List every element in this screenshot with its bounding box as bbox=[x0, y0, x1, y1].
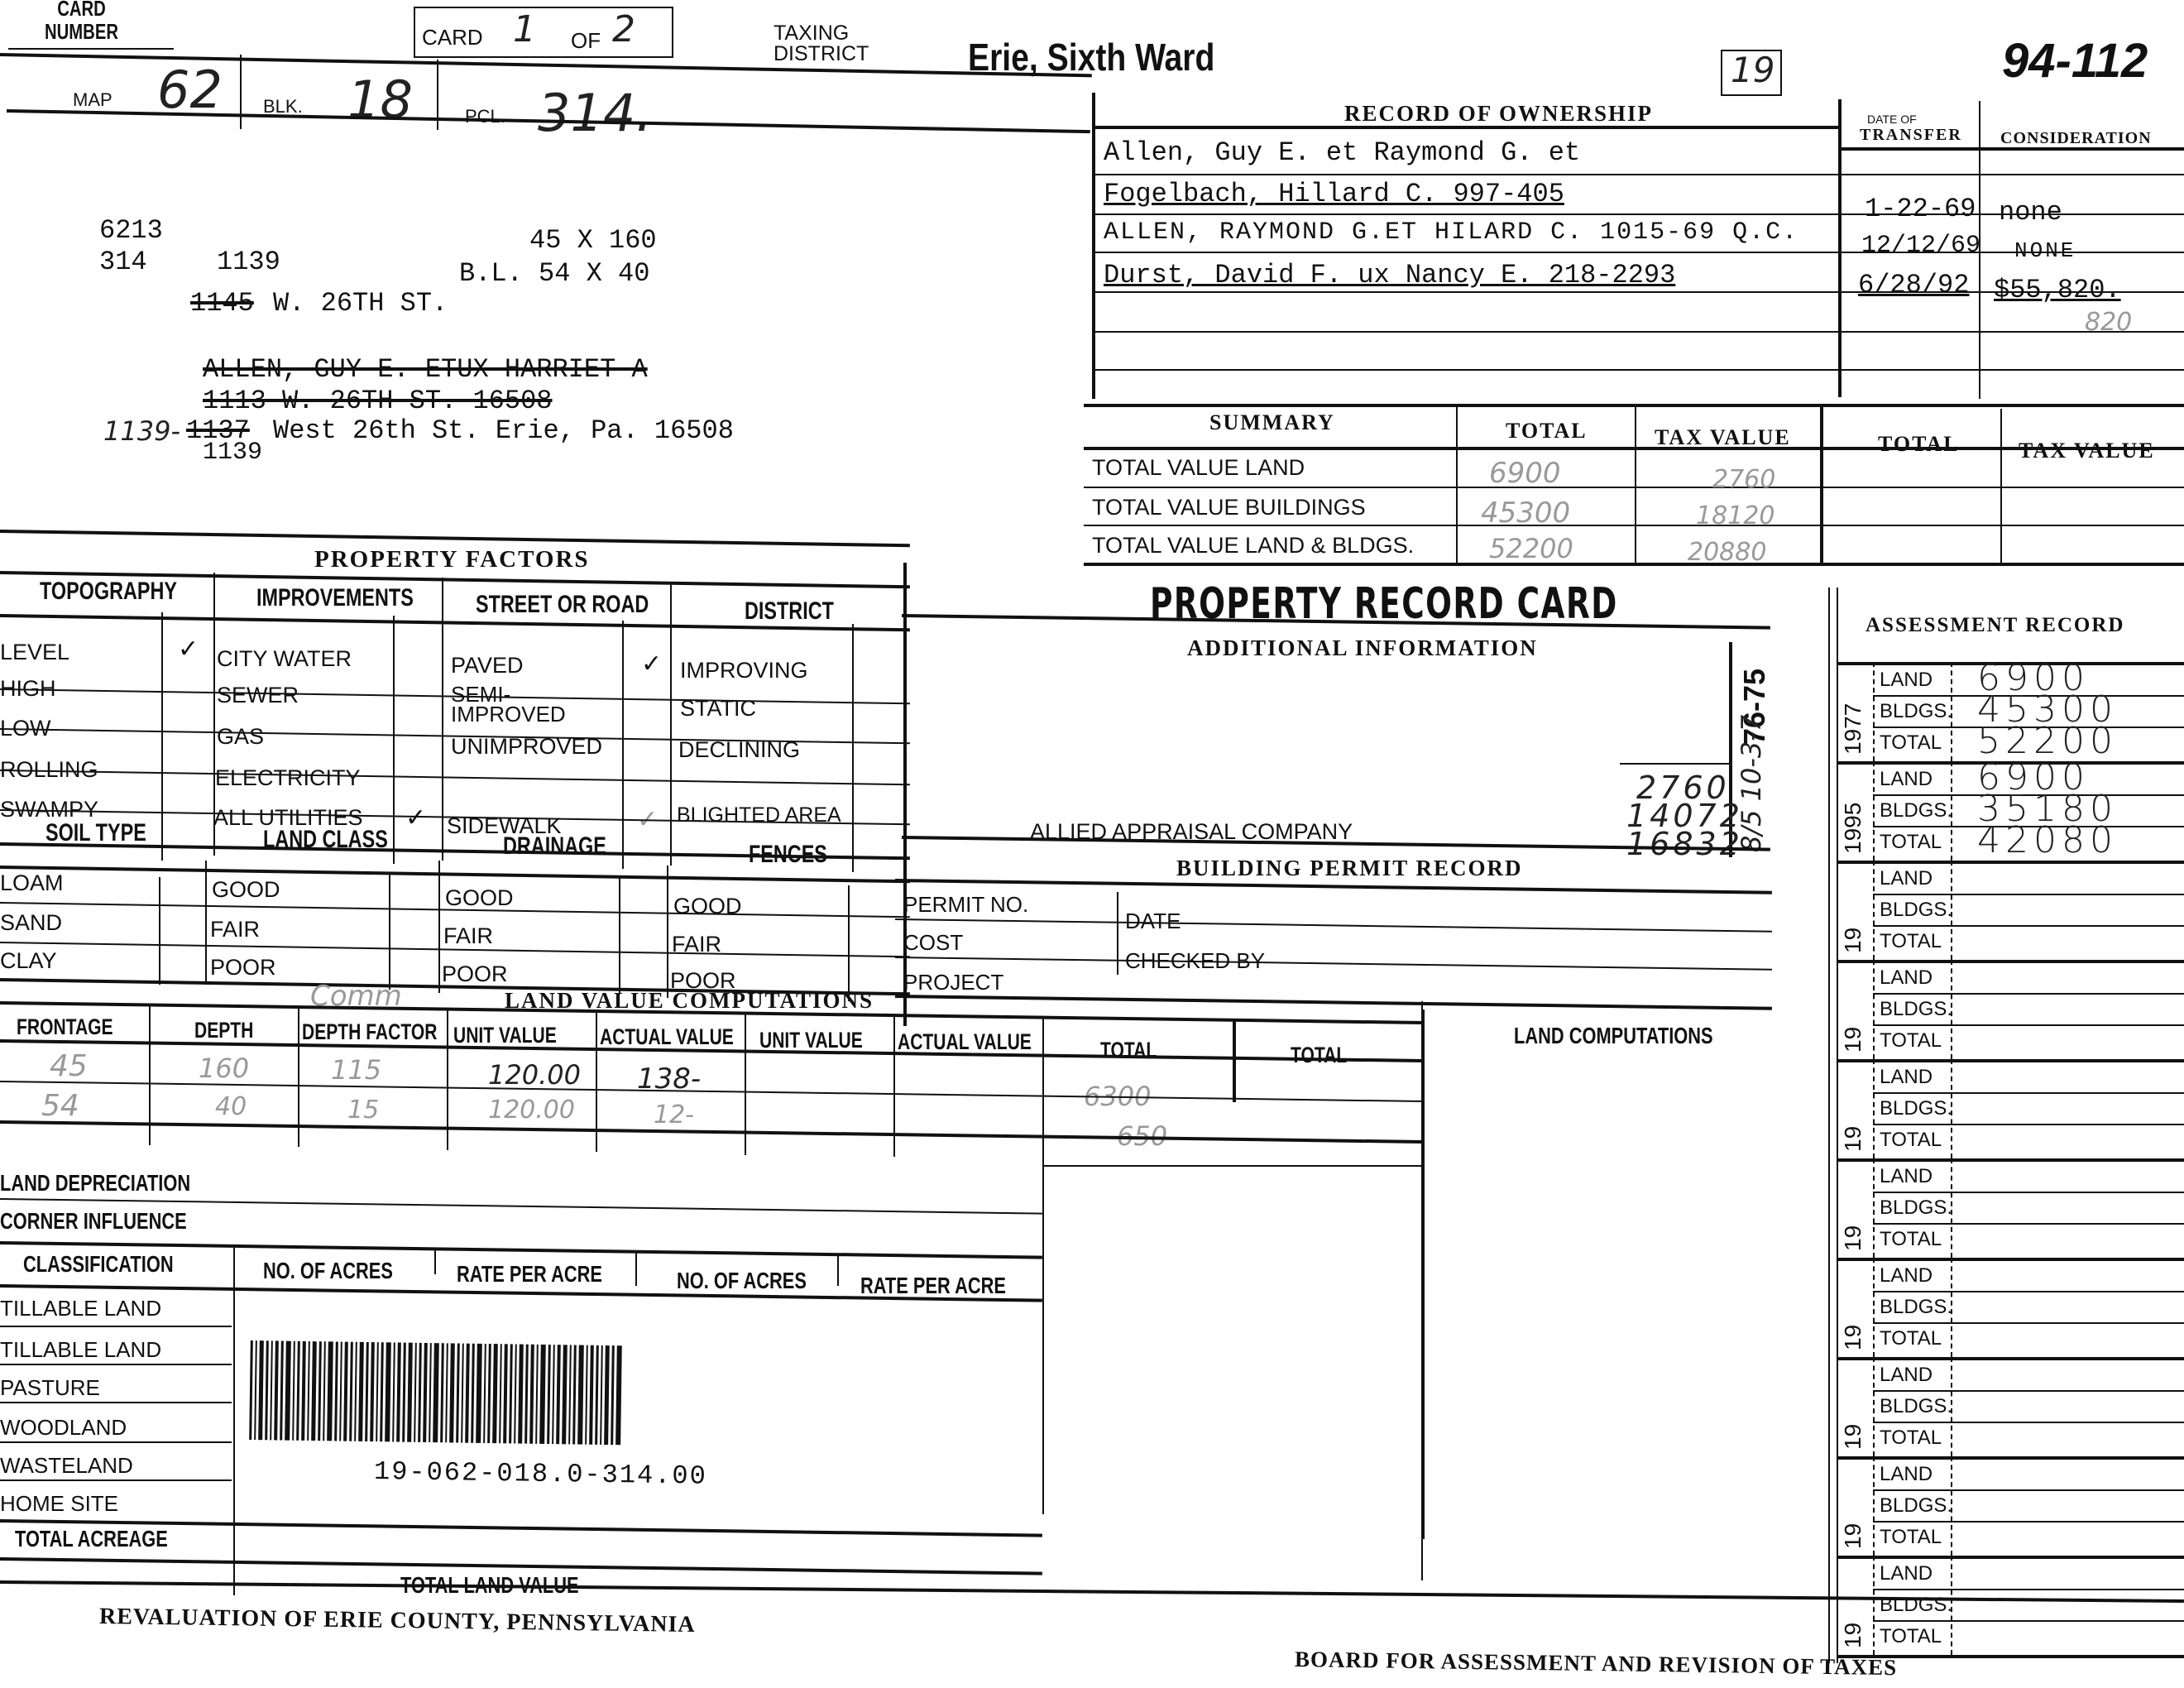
assessment-block: 19LANDBLDGS.TOTAL bbox=[1837, 960, 2184, 1062]
assessment-year: 19 bbox=[1840, 1523, 1866, 1549]
lv-row2-actual-value: 12- bbox=[654, 1101, 694, 1129]
transfer-date-row-2: 1-22-69 bbox=[1865, 194, 1976, 224]
of-label: OF bbox=[571, 28, 601, 54]
assessment-year: 19 bbox=[1840, 1027, 1866, 1053]
all-utilities-check-icon[interactable]: ✓ bbox=[405, 803, 426, 832]
assessment-bldgs-label: BLDGS. bbox=[1880, 899, 1952, 922]
assessment-block: 19LANDBLDGS.TOTAL bbox=[1837, 1059, 2184, 1162]
rate-per-acre-2-header: RATE PER ACRE bbox=[860, 1273, 1006, 1299]
paved-check-icon[interactable]: ✓ bbox=[641, 650, 662, 679]
file-number: 94-112 bbox=[2002, 33, 2148, 89]
improvements-sewer: SEWER bbox=[217, 683, 299, 708]
assessment-total-label: TOTAL bbox=[1880, 731, 1942, 755]
blk-value: 18 bbox=[347, 70, 413, 130]
assessment-bldgs-label: BLDGS. bbox=[1880, 1395, 1952, 1418]
summary-buildings-tax: 18120 bbox=[1696, 501, 1774, 530]
of-value: 2 bbox=[612, 8, 635, 50]
lv-row2-frontage: 54 bbox=[41, 1089, 79, 1123]
topo-level-check-icon[interactable]: ✓ bbox=[178, 635, 199, 664]
lv-row2-unit-value: 120.00 bbox=[488, 1096, 575, 1125]
assessment-block: 19LANDBLDGS.TOTAL bbox=[1837, 1357, 2184, 1460]
acreage-woodland: WOODLAND bbox=[0, 1415, 127, 1441]
map-value: 62 bbox=[157, 60, 223, 120]
soil-clay: CLAY bbox=[0, 948, 57, 974]
consideration-row-4: $55,820. bbox=[1994, 275, 2121, 305]
lv-row1-depth-factor: 115 bbox=[331, 1054, 381, 1086]
assessment-land-label: LAND bbox=[1880, 1364, 1933, 1387]
parcel-line2-left: 314 bbox=[99, 247, 147, 277]
rate-per-acre-header: RATE PER ACRE bbox=[457, 1261, 602, 1288]
acreage-table: CLASSIFICATION NO. OF ACRES RATE PER ACR… bbox=[0, 1241, 1042, 1605]
assessment-land-label: LAND bbox=[1880, 1264, 1933, 1288]
assessment-bldgs-label: BLDGS. bbox=[1880, 700, 1952, 723]
assessment-block: 19LANDBLDGS.TOTAL bbox=[1837, 1456, 2184, 1559]
property-factors: PROPERTY FACTORS TOPOGRAPHY IMPROVEMENTS… bbox=[0, 530, 910, 993]
lv-row2-depth: 40 bbox=[215, 1092, 247, 1121]
fences-good: GOOD bbox=[673, 894, 742, 919]
assessment-bldgs-label: BLDGS. bbox=[1880, 1296, 1952, 1319]
frontage-header: FRONTAGE bbox=[17, 1014, 113, 1040]
district-header: DISTRICT bbox=[745, 597, 834, 626]
assessment-year: 19 bbox=[1840, 1126, 1866, 1152]
actual-value-header: ACTUAL VALUE bbox=[600, 1024, 734, 1050]
permit-cost-label: COST bbox=[903, 930, 963, 956]
footer-revaluation: REVALUATION OF ERIE COUNTY, PENNSYLVANIA bbox=[99, 1604, 696, 1638]
soil-type-header: SOIL TYPE bbox=[45, 819, 146, 847]
pcl-label: PCL. bbox=[465, 106, 505, 127]
assessment-land-label: LAND bbox=[1880, 1165, 1933, 1188]
assessment-block: 1977LAND6900BLDGS.45300TOTAL52200 bbox=[1837, 662, 2184, 765]
depth-header: DEPTH bbox=[194, 1018, 253, 1043]
transfer-date-row-4: 6/28/92 bbox=[1858, 270, 1969, 300]
improvements-gas: GAS bbox=[217, 724, 264, 750]
summary-row-land-bldgs: TOTAL VALUE LAND & BLDGS. bbox=[1092, 533, 1414, 559]
drainage-good: GOOD bbox=[445, 885, 514, 911]
drainage-header: DRAINAGE bbox=[503, 832, 606, 861]
parcel-line1-left: 6213 bbox=[99, 215, 163, 246]
assessment-land-label: LAND bbox=[1880, 669, 1933, 692]
owner-row-1: Allen, Guy E. et Raymond G. et bbox=[1104, 137, 1580, 168]
current-address: West 26th St. Erie, Pa. 16508 bbox=[273, 415, 734, 446]
consideration-row-2: none bbox=[1999, 197, 2062, 228]
building-permit-title: BUILDING PERMIT RECORD bbox=[1176, 856, 1523, 881]
soil-loam: LOAM bbox=[0, 870, 64, 896]
old-owner: ALLEN, GUY E. ETUX HARRIET A bbox=[203, 354, 648, 385]
assessment-total-label: TOTAL bbox=[1880, 1029, 1942, 1053]
assessment-year: 19 bbox=[1840, 1325, 1866, 1350]
current-address-sub: 1139 bbox=[203, 439, 262, 467]
transfer-header: TRANSFER bbox=[1860, 126, 1962, 145]
summary-row-land: TOTAL VALUE LAND bbox=[1092, 455, 1305, 481]
district-improving: IMPROVING bbox=[680, 658, 808, 683]
summary-total-header: TOTAL bbox=[1506, 419, 1588, 444]
improvements-city-water: CITY WATER bbox=[217, 646, 352, 672]
fences-header: FENCES bbox=[749, 841, 827, 869]
assessment-block: 19LANDBLDGS.TOTAL bbox=[1837, 1556, 2184, 1658]
depth-factor-header: DEPTH FACTOR bbox=[302, 1019, 437, 1045]
land-class-header: LAND CLASS bbox=[263, 826, 388, 854]
taxing-district-label: TAXING DISTRICT bbox=[773, 23, 873, 65]
additional-info-title: ADDITIONAL INFORMATION bbox=[1187, 635, 1538, 661]
assessment-total-label: TOTAL bbox=[1880, 930, 1942, 953]
map-label: MAP bbox=[73, 89, 113, 111]
property-factors-title: PROPERTY FACTORS bbox=[314, 546, 590, 573]
acreage-tillable-2: TILLABLE LAND bbox=[0, 1337, 161, 1363]
land-class-good: GOOD bbox=[212, 877, 280, 903]
lv-row1-unit-value: 120.00 bbox=[488, 1059, 581, 1091]
total-acreage-label: TOTAL ACREAGE bbox=[15, 1526, 168, 1552]
assessment-year: 1995 bbox=[1840, 803, 1866, 854]
current-address-hand-prefix: 1139- bbox=[103, 415, 180, 447]
summary-title: SUMMARY bbox=[1209, 410, 1335, 435]
assessment-land-label: LAND bbox=[1880, 768, 1933, 791]
parcel-barcode bbox=[249, 1340, 625, 1445]
assessment-total-label: TOTAL bbox=[1880, 1228, 1942, 1251]
summary-buildings-total: 45300 bbox=[1481, 496, 1570, 530]
acreage-home-site: HOME SITE bbox=[0, 1491, 118, 1517]
district-number: 19 bbox=[1731, 50, 1774, 90]
summary-table: SUMMARY TOTAL TAX VALUE TOTAL TAX VALUE … bbox=[1084, 397, 2184, 571]
summary-land-tax: 2760 bbox=[1712, 465, 1775, 494]
date-of-label: DATE OF bbox=[1867, 113, 1917, 126]
assessment-block: 19LANDBLDGS.TOTAL bbox=[1837, 861, 2184, 963]
assessment-block: 19LANDBLDGS.TOTAL bbox=[1837, 1158, 2184, 1261]
acreage-wasteland: WASTELAND bbox=[0, 1453, 133, 1479]
parcel-info: 6213 314 1139 45 X 160 B.L. 54 X 40 1145… bbox=[0, 199, 827, 472]
summary-land-bldgs-total: 52200 bbox=[1489, 533, 1573, 564]
lv-row1-frontage: 45 bbox=[50, 1049, 88, 1083]
assessment-year: 19 bbox=[1840, 1225, 1866, 1251]
land-class-fair: FAIR bbox=[210, 917, 260, 942]
card-number-label: CARD NUMBER bbox=[33, 0, 130, 43]
total-2-header: TOTAL bbox=[1291, 1043, 1347, 1068]
land-value-computations: Comm LAND VALUE COMPUTATIONS FRONTAGE DE… bbox=[0, 976, 1423, 1241]
assessment-bldgs-label: BLDGS. bbox=[1880, 1097, 1952, 1120]
card-value: 1 bbox=[513, 8, 536, 50]
assessment-bldgs-label: BLDGS. bbox=[1880, 799, 1952, 822]
assessment-bldgs-label: BLDGS. bbox=[1880, 998, 1952, 1021]
summary-land-total: 6900 bbox=[1489, 457, 1561, 490]
barcode-number: 19-062-018.0-314.00 bbox=[374, 1456, 707, 1492]
lv-row1-depth: 160 bbox=[199, 1053, 249, 1084]
assessment-year: 19 bbox=[1840, 1623, 1866, 1648]
street-header: STREET OR ROAD bbox=[476, 591, 649, 619]
no-of-acres-header: NO. OF ACRES bbox=[263, 1258, 393, 1284]
land-computations-area bbox=[1421, 1001, 1770, 1580]
owner-row-3: ALLEN, RAYMOND G.ET HILARD C. 1015-69 Q.… bbox=[1104, 218, 1798, 247]
improvements-electricity: ELECTRICITY bbox=[215, 765, 361, 791]
assessment-total-label: TOTAL bbox=[1880, 1327, 1942, 1350]
ownership-title: RECORD OF OWNERSHIP bbox=[1344, 101, 1653, 127]
owner-row-2: Fogelbach, Hillard C. 997-405 bbox=[1104, 179, 1564, 209]
assessment-total-label: TOTAL bbox=[1880, 1129, 1942, 1152]
consideration-header: CONSIDERATION bbox=[2000, 129, 2152, 148]
assessment-total-label: TOTAL bbox=[1880, 1526, 1942, 1549]
assessment-total-label: TOTAL bbox=[1880, 831, 1942, 854]
assessment-bldgs-label: BLDGS. bbox=[1880, 1196, 1952, 1220]
old-address-number: 1145 bbox=[190, 288, 254, 319]
acreage-pasture: PASTURE bbox=[0, 1375, 100, 1401]
assessment-land-label: LAND bbox=[1880, 867, 1933, 890]
corner-influence-label: CORNER INFLUENCE bbox=[0, 1208, 187, 1235]
total-header: TOTAL bbox=[1100, 1038, 1157, 1063]
consideration-row-3: NONE bbox=[2014, 238, 2076, 263]
topo-level: LEVEL bbox=[0, 640, 69, 665]
ownership-table: RECORD OF OWNERSHIP DATE OF TRANSFER CON… bbox=[1092, 93, 2184, 399]
assessment-record-title: ASSESSMENT RECORD bbox=[1865, 614, 2124, 637]
topography-header: TOPOGRAPHY bbox=[40, 578, 177, 606]
assessment-total-label: TOTAL bbox=[1880, 1625, 1942, 1648]
street-semi-improved: SEMI-IMPROVED bbox=[451, 684, 616, 724]
assessment-year: 19 bbox=[1840, 1424, 1866, 1450]
assessment-year: 19 bbox=[1840, 928, 1866, 953]
assessment-land-label: LAND bbox=[1880, 1463, 1933, 1486]
owner-row-4: Durst, David F. ux Nancy E. 218-2293 bbox=[1104, 260, 1675, 290]
actual-value-2-header: ACTUAL VALUE bbox=[898, 1029, 1032, 1055]
street-paved: PAVED bbox=[451, 653, 524, 679]
acreage-tillable-1: TILLABLE LAND bbox=[0, 1296, 161, 1321]
lot-dimensions: 45 X 160 bbox=[529, 225, 657, 256]
classification-header: CLASSIFICATION bbox=[23, 1251, 174, 1278]
card-label: CARD bbox=[422, 25, 483, 50]
assessment-land-label: LAND bbox=[1880, 1562, 1933, 1585]
assessment-total-value: 42080 bbox=[1977, 819, 2118, 861]
assessment-record: ASSESSMENT RECORD 1977LAND6900BLDGS.4530… bbox=[1770, 579, 2184, 1671]
old-address-street: W. 26TH ST. bbox=[273, 288, 448, 319]
consideration-row-5: 820 bbox=[2085, 308, 2132, 337]
assessment-block: 19LANDBLDGS.TOTAL bbox=[1837, 1258, 2184, 1360]
parcel-house-number: 1139 bbox=[217, 247, 280, 277]
summary-total2-header: TOTAL bbox=[1878, 432, 1960, 457]
transfer-date-row-3: 12/12/69 bbox=[1861, 232, 1980, 260]
lv-row2-depth-factor: 15 bbox=[347, 1096, 379, 1125]
assessment-land-label: LAND bbox=[1880, 1066, 1933, 1089]
permit-no-label: PERMIT NO. bbox=[903, 892, 1028, 918]
assessment-block: 1995LAND6900BLDGS.35180TOTAL42080 bbox=[1837, 761, 2184, 864]
summary-tax-value2-header: TAX VALUE bbox=[2019, 439, 2155, 463]
assessment-total-label: TOTAL bbox=[1880, 1427, 1942, 1450]
pcl-value: 314. bbox=[538, 83, 652, 143]
drainage-fair: FAIR bbox=[443, 923, 493, 949]
land-depreciation-label: LAND DEPRECIATION bbox=[0, 1170, 190, 1196]
old-mailing-address: 1113 W. 26TH ST. 16508 bbox=[203, 386, 552, 416]
assessment-bldgs-label: BLDGS. bbox=[1880, 1494, 1952, 1518]
no-of-acres-2-header: NO. OF ACRES bbox=[677, 1268, 807, 1294]
assessment-year: 1977 bbox=[1840, 703, 1866, 755]
improvements-header: IMPROVEMENTS bbox=[256, 584, 414, 612]
assessment-land-label: LAND bbox=[1880, 966, 1933, 990]
side-note-2: 8/5 10-3-7 bbox=[1736, 715, 1767, 852]
building-dimensions: B.L. 54 X 40 bbox=[459, 258, 649, 289]
summary-row-buildings: TOTAL VALUE BUILDINGS bbox=[1092, 495, 1366, 520]
soil-sand: SAND bbox=[0, 910, 62, 936]
unit-value-header: UNIT VALUE bbox=[453, 1023, 557, 1048]
